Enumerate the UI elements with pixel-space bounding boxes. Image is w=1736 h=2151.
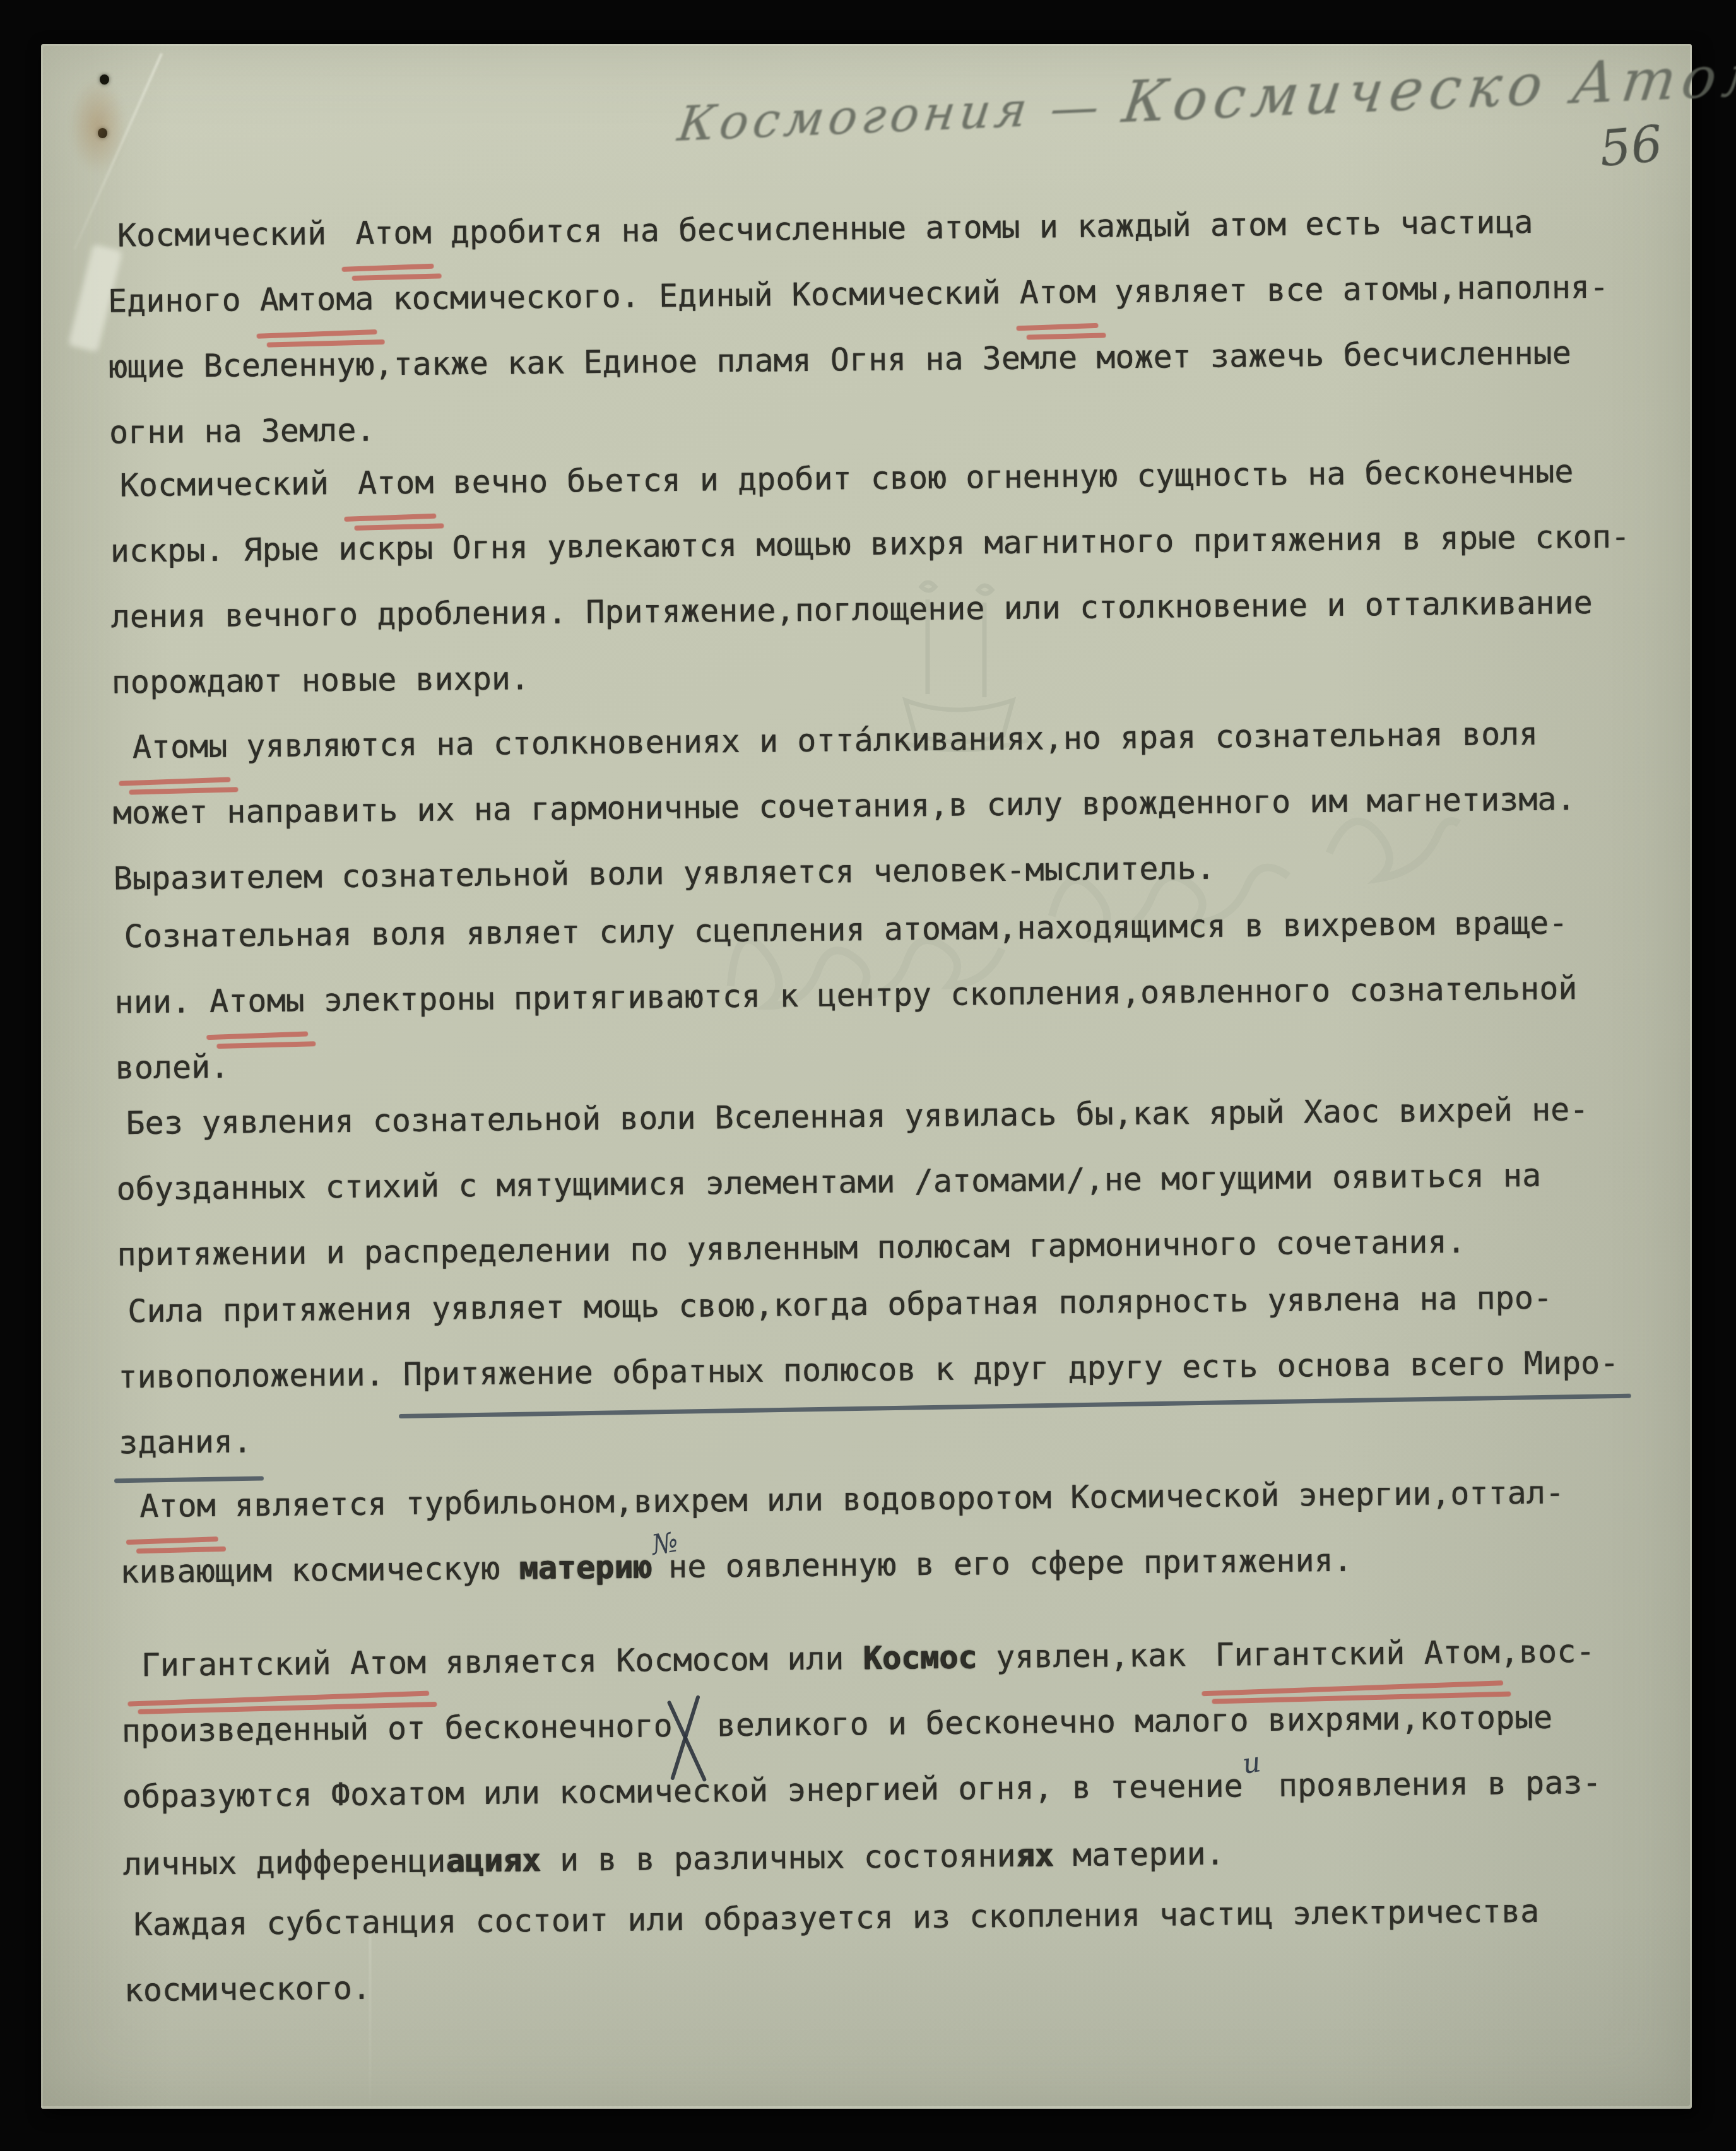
typed-segment: ления вечного дробления. Притяжение,погл… xyxy=(111,584,1593,635)
typed-segment: Космический xyxy=(117,215,346,254)
typed-segment: космического. xyxy=(124,1970,371,2009)
typed-line: Гигантский Атом является Космосом или Ко… xyxy=(121,1618,1692,1699)
typed-segment: притяжении и распределении по уявленным … xyxy=(117,1223,1466,1273)
typed-segment: Сила притяжения уявляет мощь свою,когда … xyxy=(127,1280,1552,1330)
typed-segment: проявления в раз- xyxy=(1259,1764,1601,1804)
red-pencil-underlined-word: Атомы xyxy=(210,968,305,1034)
ink-underlined-phrase: здания. xyxy=(119,1408,252,1475)
typed-text: Космический Атом дробится на бесчисленны… xyxy=(39,28,1709,2109)
overtyped-word: ациях xyxy=(446,1842,541,1879)
typed-segment: является Космосом или xyxy=(426,1640,863,1681)
typed-segment: порождают новые вихри. xyxy=(112,660,530,700)
typed-segment: уявляются на столкновениях и отта́лкиван… xyxy=(227,716,1538,765)
paragraph: Сила притяжения уявляет мощь свою,когда … xyxy=(117,1264,1691,1476)
typed-segment: Сознательная воля являет силу сцепления … xyxy=(124,904,1568,955)
typed-segment: вечно бьется и дробит свою огненную сущн… xyxy=(434,453,1574,500)
typed-segment: тивоположении. xyxy=(118,1356,403,1395)
red-pencil-underlined-word: Атом xyxy=(345,200,432,266)
typed-segment: великого и бесконечно малого вихрями,кот… xyxy=(697,1699,1552,1744)
typed-segment: космического. Единый Космический xyxy=(374,274,1020,317)
paragraph: Космический Атом дробится на бесчисленны… xyxy=(107,188,1681,466)
paragraph: Атом является турбильоном,вихрем или вод… xyxy=(119,1459,1692,1607)
typed-segment: не оявленную в его сфере притяжения. xyxy=(668,1542,1352,1585)
red-pencil-underlined-word: Амтома xyxy=(259,266,374,333)
paragraph: Каждая субстанция состоит или образуется… xyxy=(123,1877,1696,2024)
typed-segment: кивающим космическую xyxy=(120,1550,519,1590)
typed-segment: Единого xyxy=(108,281,260,319)
typed-segment: материи. xyxy=(1054,1836,1225,1874)
paragraph: Сознательная воля являет силу сцепления … xyxy=(114,889,1687,1101)
typed-segment: произведенный от бесконечного xyxy=(122,1707,673,1749)
typed-segment: искры. Ярые искры Огня увлекаются мощью … xyxy=(110,518,1631,569)
paragraph: Без уявления сознательной воли Вселенная… xyxy=(115,1076,1689,1288)
typed-segment: Космический xyxy=(120,465,348,504)
typed-segment: Каждая субстанция состоит или образуется… xyxy=(133,1893,1539,1943)
typed-segment: является турбильоном,вихрем или водоворо… xyxy=(216,1474,1565,1524)
typed-segment: электроны притягиваются к центру скоплен… xyxy=(304,970,1577,1018)
typed-segment: нии. xyxy=(114,983,210,1020)
typed-segment: ,вос- xyxy=(1500,1633,1595,1670)
paragraph: Гигантский Атом является Космосом или Ко… xyxy=(121,1618,1694,1897)
overtyped-word: материю xyxy=(519,1548,652,1586)
typed-segment: и в в различных состояни xyxy=(541,1837,1016,1878)
typed-segment: Выразителем сознательной воли уявляется … xyxy=(114,850,1215,897)
red-pencil-underlined-word: Гигантский Атом xyxy=(131,1630,427,1698)
typed-line: кивающим космическую материю№не оявленну… xyxy=(120,1524,1692,1607)
paragraph: Космический Атом вечно бьется и дробит с… xyxy=(109,438,1683,716)
typed-segment: дробится на бесчисленные атомы и каждый … xyxy=(431,204,1533,251)
ink-underlined-phrase: Притяжение обратных полюсов к друг другу… xyxy=(403,1330,1619,1407)
handwritten-strikeout xyxy=(672,1710,697,1741)
paper-sheet: Космогония — Космическо Атома 56 Космиче… xyxy=(41,44,1692,2109)
red-pencil-underlined-word: Атом xyxy=(1019,259,1095,326)
typed-segment: образуются Фохатом или космической энерг… xyxy=(122,1767,1244,1815)
red-pencil-underlined-word: Атом xyxy=(348,450,434,516)
red-pencil-underlined-word: Атом xyxy=(129,1473,216,1539)
red-pencil-underlined-word: Гигантский Атом xyxy=(1205,1619,1501,1687)
overtyped-word: Космос xyxy=(863,1639,977,1677)
typed-segment: может направить их на гармоничные сочета… xyxy=(113,781,1576,831)
typed-segment: уявляет все атомы,наполня- xyxy=(1095,269,1609,310)
red-pencil-underlined-word: Атомы xyxy=(122,714,228,781)
typed-segment: уявлен,как xyxy=(977,1637,1205,1675)
scanned-page: Космогония — Космическо Атома 56 Космиче… xyxy=(0,0,1736,2151)
paragraph: Атомы уявляются на столкновениях и отта́… xyxy=(112,700,1685,912)
overtyped-word: ях xyxy=(1015,1837,1054,1874)
typed-segment: личных дифференци xyxy=(123,1843,446,1883)
typed-segment: обузданных стихий с мятущимися элементам… xyxy=(116,1157,1541,1208)
typed-segment: волей. xyxy=(115,1049,229,1087)
typed-segment: Без уявления сознательной воли Вселенная… xyxy=(126,1091,1588,1141)
typed-segment: огни на Земле. xyxy=(109,412,375,451)
